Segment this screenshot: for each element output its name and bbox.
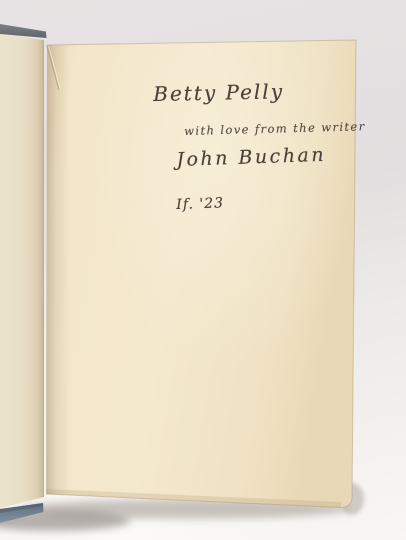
inscription-recipient: Betty Pelly — [153, 79, 284, 106]
inscription-signature: John Buchan — [176, 144, 326, 171]
inscription-date: If. '23 — [176, 195, 224, 213]
photo-scene: Betty Pelly with love from the writer Jo… — [0, 0, 406, 540]
inscription: Betty Pelly with love from the writer Jo… — [0, 0, 406, 540]
inscription-dedication: with love from the writer — [184, 119, 366, 138]
